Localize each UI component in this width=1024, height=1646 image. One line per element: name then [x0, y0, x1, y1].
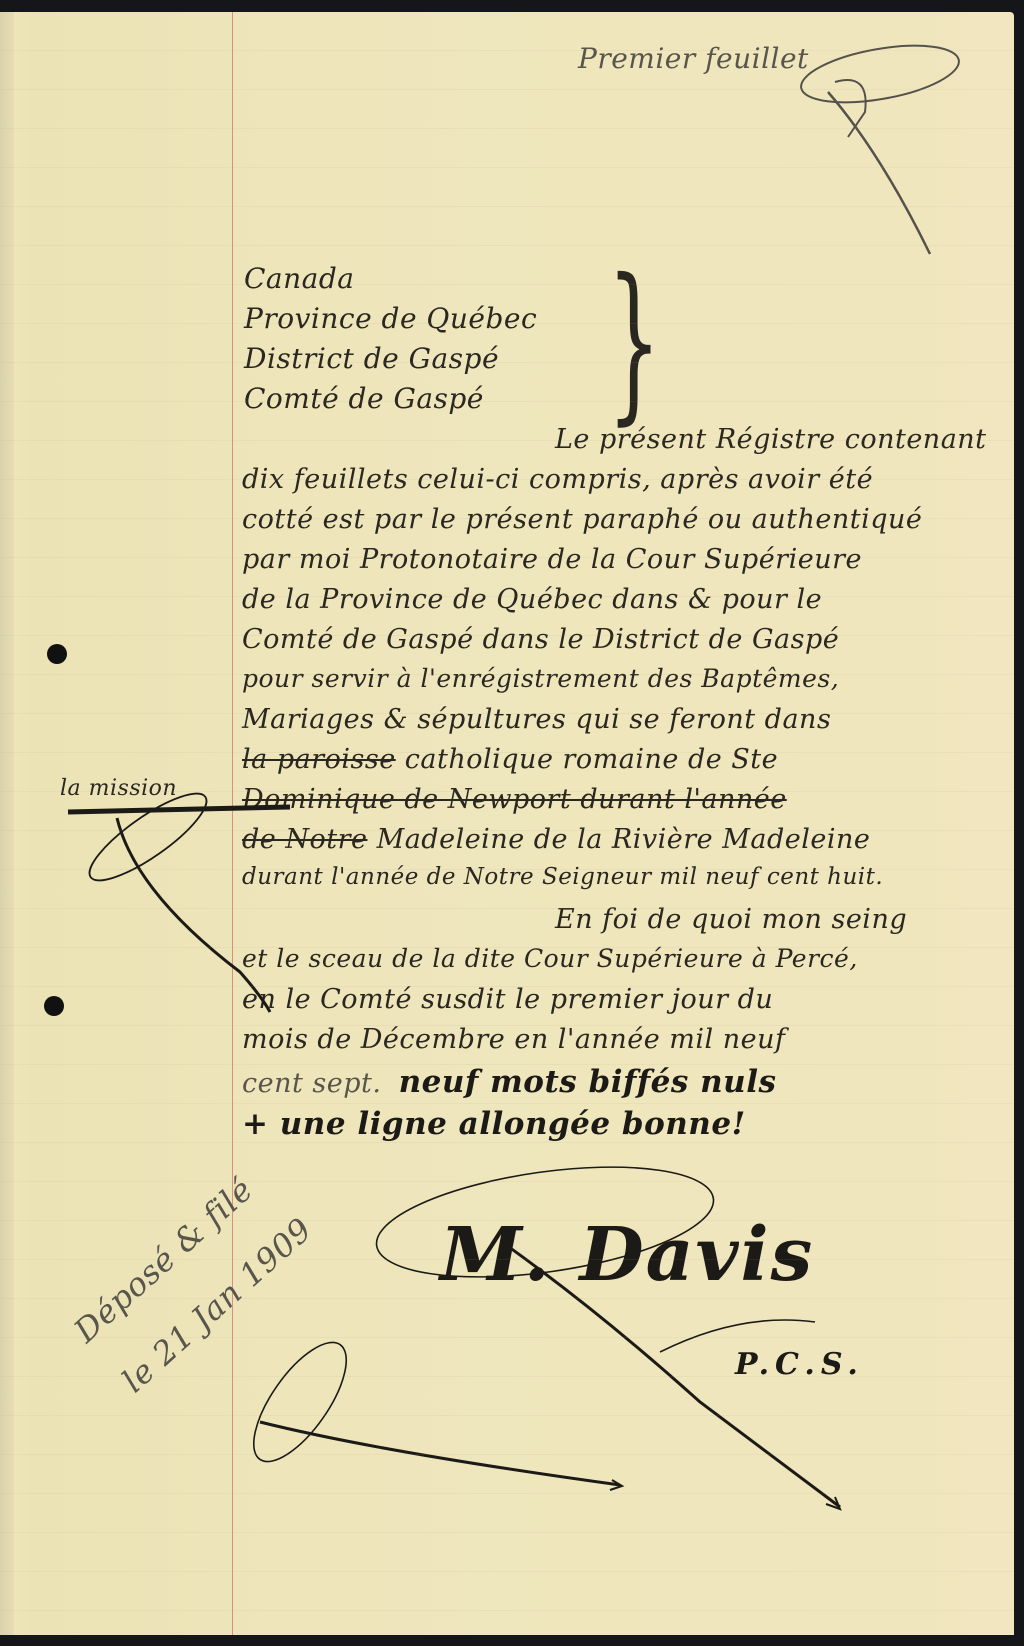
red-margin-line — [232, 12, 233, 1635]
body-line: dix feuillets celui-ci compris, après av… — [242, 464, 873, 495]
body-line: Mariages & sépultures qui se feront dans — [242, 704, 831, 735]
closing-line: en le Comté susdit le premier jour du — [242, 984, 773, 1015]
address-line-district: District de Gaspé — [244, 342, 499, 375]
paraph-mark-margin — [68, 780, 290, 1012]
closing-line: et le sceau de la dite Cour Supérieure à… — [242, 944, 858, 973]
punch-hole-bottom — [44, 996, 64, 1016]
body-line: par moi Protonotaire de la Cour Supérieu… — [242, 544, 862, 575]
body-line-amended: de Notre Madeleine de la Rivière Madelei… — [242, 824, 870, 855]
body-line-struck: Dominique de Newport durant l'année — [242, 784, 787, 815]
erasure-annotation-2: + une ligne allongée bonne! — [242, 1106, 746, 1142]
closing-line: En foi de quoi mon seing — [555, 904, 907, 935]
closing-line: mois de Décembre en l'année mil neuf — [242, 1024, 786, 1055]
body-line: Le présent Régistre contenant — [555, 424, 987, 455]
final-line: cent sept. neuf mots biffés nuls — [242, 1064, 776, 1100]
body-line: pour servir à l'enrégistrement des Baptê… — [242, 664, 839, 693]
deposit-note-line2: le 21 Jan 1909 — [115, 1210, 320, 1400]
body-line: cotté est par le présent paraphé ou auth… — [242, 504, 922, 535]
struck-text: de Notre — [242, 824, 367, 855]
struck-text: la paroisse — [242, 744, 396, 775]
header-note: Premier feuillet — [578, 42, 809, 75]
final-text: cent sept. — [242, 1068, 381, 1099]
body-line: Comté de Gaspé dans le District de Gaspé — [242, 624, 839, 655]
paraph-mark-top — [797, 35, 963, 254]
body-line-amended: la paroisse catholique romaine de Ste — [242, 744, 778, 775]
signature-flourish — [370, 1149, 840, 1509]
erasure-annotation: neuf mots biffés nuls — [399, 1064, 777, 1100]
register-page: Premier feuillet Canada Province de Québ… — [0, 12, 1014, 1635]
address-line-province: Province de Québec — [244, 302, 537, 335]
margin-note: la mission — [60, 776, 177, 801]
paraph-mark-bottom — [237, 1329, 622, 1490]
body-text: catholique romaine de Ste — [405, 744, 778, 775]
signature-title: P.C.S. — [735, 1347, 864, 1382]
address-line-county: Comté de Gaspé — [244, 382, 484, 415]
address-brace: } — [607, 257, 661, 427]
page-left-edge — [0, 12, 14, 1635]
body-line: durant l'année de Notre Seigneur mil neu… — [242, 864, 883, 890]
punch-hole-top — [47, 644, 67, 664]
signature: M. Davis — [440, 1212, 814, 1298]
body-text: Madeleine de la Rivière Madeleine — [377, 824, 871, 855]
address-line-country: Canada — [244, 262, 354, 295]
body-line: de la Province de Québec dans & pour le — [242, 584, 822, 615]
